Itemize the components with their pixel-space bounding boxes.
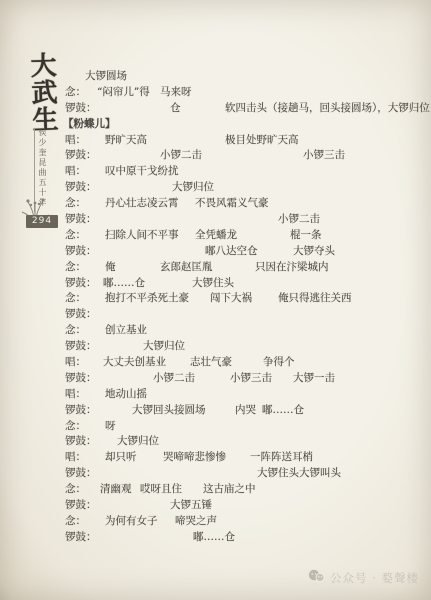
script-text: 嘟……仓 [193, 529, 235, 544]
script-text: 玄郎赵匡胤 [160, 259, 213, 274]
book-page: 大武生 侯少奎昆曲五十年 294 大锣圆场 念：“闷帘儿”得马来呀 锣鼓：仓软四… [0, 0, 431, 600]
script-line: 念：呀 [0, 418, 431, 434]
line-role-label: 锣鼓： [65, 179, 97, 194]
script-text: 叹中原干戈纷扰 [105, 163, 179, 178]
script-line: 锣鼓：大锣归位 [0, 338, 431, 354]
script-text: 小锣三击 [303, 147, 345, 162]
script-text: 创立基业 [105, 322, 147, 337]
line-role-label: 锣鼓： [65, 497, 97, 512]
script-line: 锣鼓：大锣回头接圆场内哭嘟……仓 [0, 402, 431, 418]
script-line: 锣鼓：小锣二击小锣三击大锣一击 [0, 370, 431, 386]
line-role-label: 锣鼓： [65, 402, 97, 417]
script-text: 一阵阵送耳梢 [250, 449, 313, 464]
script-line: 唱：地动山摇 [0, 386, 431, 402]
line-role-label: 锣鼓： [65, 433, 97, 448]
script-body: 大锣圆场 念：“闷帘儿”得马来呀 锣鼓：仓软四击头（接趟马，回头接圆场），大锣归… [0, 68, 431, 545]
script-text: 野旷天高 [105, 132, 147, 147]
script-text: 棍一条 [290, 227, 322, 242]
script-text: 大锣归位 [143, 338, 185, 353]
line-role-label: 唱： [65, 354, 86, 369]
script-text: 闯下大祸 [210, 290, 252, 305]
script-text: 小锣二击 [160, 147, 202, 162]
watermark: 公众号 · 婺聲楼 [308, 569, 419, 586]
line-role-label: 念： [65, 227, 86, 242]
qupai-title: 【粉蝶儿】 [63, 116, 116, 131]
script-text: 俺只得逃往关西 [278, 290, 352, 305]
script-text: 小锣三击 [230, 370, 272, 385]
script-text: 嘟八达空仓 [205, 243, 258, 258]
script-line: 【粉蝶儿】 [0, 116, 431, 132]
script-text: “闷帘儿”得 [97, 84, 150, 99]
script-text: 哭啼啼悲惨惨 [163, 449, 226, 464]
script-text: 内哭 [235, 402, 256, 417]
script-text: 大锣一击 [293, 370, 335, 385]
script-text: 只因在汴梁城内 [255, 259, 329, 274]
script-text: 丹心壮志凌云霄 [105, 195, 179, 210]
script-line: 念：丹心壮志凌云霄不畏风霜义气豪 [0, 195, 431, 211]
script-line: 锣鼓：大锣归位 [0, 433, 431, 449]
script-line: 念：扫除人间不平事全凭蟠龙棍一条 [0, 227, 431, 243]
script-text: 大锣归位 [172, 179, 214, 194]
line-role-label: 念： [65, 259, 86, 274]
script-text: 大锣回头接圆场 [132, 402, 206, 417]
script-line: 大锣圆场 [0, 68, 431, 84]
script-text: 嘟……仓 [262, 402, 304, 417]
line-role-label: 念： [65, 418, 86, 433]
script-line: 念：俺玄郎赵匡胤只因在汴梁城内 [0, 259, 431, 275]
line-role-label: 锣鼓： [65, 243, 97, 258]
script-text: 争得个 [263, 354, 295, 369]
script-text: 清幽观 [100, 481, 132, 496]
script-text: 小锣二击 [278, 211, 320, 226]
script-line: 锣鼓：嘟……仓 [0, 529, 431, 545]
script-line: 锣鼓：嘟……仓大锣住头 [0, 275, 431, 291]
line-role-label: 锣鼓： [65, 465, 97, 480]
script-text: 大锣夺头 [293, 243, 335, 258]
script-text: 抱打不平杀死土豪 [105, 290, 189, 305]
script-text: 大锣住头 [192, 275, 234, 290]
script-text: 大丈夫创基业 [103, 354, 166, 369]
line-role-label: 锣鼓： [65, 306, 97, 321]
line-role-label: 锣鼓： [65, 370, 97, 385]
script-text: 仓 [170, 100, 181, 115]
line-role-label: 念： [65, 84, 86, 99]
script-line: 唱：叹中原干戈纷扰 [0, 163, 431, 179]
script-text: 大锣五锤 [170, 497, 212, 512]
script-line: 念：创立基业 [0, 322, 431, 338]
script-line: 念：为何有女子啼哭之声 [0, 513, 431, 529]
script-line: 锣鼓：大锣住头大锣叫头 [0, 465, 431, 481]
line-role-label: 锣鼓： [65, 275, 97, 290]
script-text: 志壮气豪 [190, 354, 232, 369]
script-text: 呀 [105, 418, 116, 433]
script-text: 大锣圆场 [85, 68, 127, 83]
script-line: 锣鼓：仓软四击头（接趟马，回头接圆场），大锣归位 [0, 100, 431, 116]
script-text: 不畏风霜义气豪 [195, 195, 269, 210]
script-line: 念：抱打不平杀死土豪闯下大祸俺只得逃往关西 [0, 290, 431, 306]
script-line: 锣鼓：大锣五锤 [0, 497, 431, 513]
script-line: 锣鼓：嘟八达空仓大锣夺头 [0, 243, 431, 259]
line-role-label: 念： [65, 195, 86, 210]
script-text: 马来呀 [160, 84, 192, 99]
script-text: 扫除人间不平事 [105, 227, 179, 242]
script-text: 啼哭之声 [175, 513, 217, 528]
script-line: 唱：却只听哭啼啼悲惨惨一阵阵送耳梢 [0, 449, 431, 465]
line-role-label: 唱： [65, 449, 86, 464]
script-line: 念：清幽观哎呀且住这古庙之中 [0, 481, 431, 497]
script-text: 嘟……仓 [103, 275, 145, 290]
line-role-label: 念： [65, 481, 86, 496]
script-line: 锣鼓：小锣二击小锣三击 [0, 147, 431, 163]
script-line: 唱：大丈夫创基业志壮气豪争得个 [0, 354, 431, 370]
script-line: 唱：野旷天高极目处野旷天高 [0, 132, 431, 148]
line-role-label: 锣鼓： [65, 338, 97, 353]
script-line: 锣鼓： [0, 306, 431, 322]
script-text: 软四击头（接趟马，回头接圆场），大锣归位 [225, 100, 430, 115]
line-role-label: 锣鼓： [65, 100, 97, 115]
line-role-label: 念： [65, 290, 86, 305]
script-text: 俺 [105, 259, 116, 274]
line-role-label: 锣鼓： [65, 147, 97, 162]
script-line: 锣鼓：大锣归位 [0, 179, 431, 195]
line-role-label: 锣鼓： [65, 529, 97, 544]
script-text: 极目处野旷天高 [225, 132, 299, 147]
watermark-label: 公众号 · 婺聲楼 [330, 570, 419, 586]
script-text: 地动山摇 [105, 386, 147, 401]
script-text: 哎呀且住 [140, 481, 182, 496]
script-text: 大锣归位 [117, 433, 159, 448]
script-line: 念：“闷帘儿”得马来呀 [0, 84, 431, 100]
line-role-label: 锣鼓： [65, 211, 97, 226]
line-role-label: 唱： [65, 132, 86, 147]
wechat-official-account-icon [308, 569, 325, 586]
line-role-label: 念： [65, 513, 86, 528]
line-role-label: 唱： [65, 163, 86, 178]
line-role-label: 念： [65, 322, 86, 337]
script-text: 大锣住头大锣叫头 [257, 465, 341, 480]
script-text: 全凭蟠龙 [195, 227, 237, 242]
script-text: 小锣二击 [153, 370, 195, 385]
script-line: 锣鼓：小锣二击 [0, 211, 431, 227]
line-role-label: 唱： [65, 386, 86, 401]
script-text: 这古庙之中 [203, 481, 256, 496]
script-text: 为何有女子 [105, 513, 158, 528]
script-text: 却只听 [105, 449, 137, 464]
